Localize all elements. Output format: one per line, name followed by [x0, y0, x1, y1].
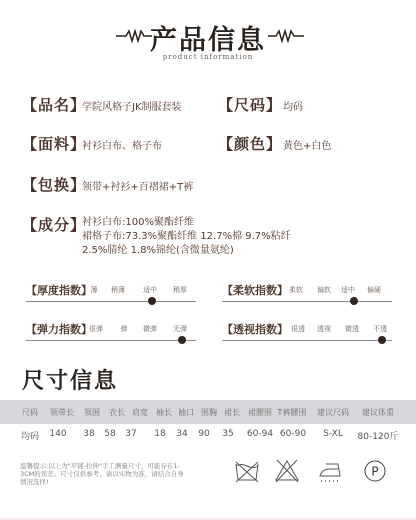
size-info-title: 尺寸信息 [22, 364, 118, 395]
header-cell: 裙长 [224, 407, 240, 418]
meter-track [26, 301, 196, 302]
meter-option: 适中 [341, 285, 355, 295]
meter-option: 偏硬 [367, 285, 381, 295]
color-value: 黄色+白色 [283, 137, 331, 152]
row-cell: 均码 [21, 429, 39, 442]
row-cell: 35 [222, 429, 233, 439]
header-cell: 围胸 [201, 407, 217, 418]
softness-meter: 【柔软指数】 柔软 偏软 适中 偏硬 [222, 282, 412, 312]
header-cell: 裙腰围 [248, 407, 272, 418]
meter-knob [378, 336, 386, 344]
meter-knob [350, 297, 358, 305]
meter-option: 很弹 [89, 324, 103, 334]
header-cell: 建议尺码 [317, 407, 349, 418]
thickness-label: 【厚度指数】 [26, 282, 92, 298]
header-cell: 袖口 [178, 407, 194, 418]
meter-option: 柔软 [289, 285, 303, 295]
row-cell: 38 [83, 429, 94, 439]
meter-option: 透视 [317, 324, 331, 334]
transparency-label: 【透视指数】 [222, 321, 288, 337]
package-value: 领带+衬衫+百褶裙+T裤 [82, 178, 193, 193]
do-not-bleach-icon [274, 458, 300, 484]
do-not-wash-icon [234, 458, 260, 484]
softness-label: 【柔软指数】 [222, 282, 288, 298]
row-cell: 60-94 [247, 429, 273, 439]
meter-option: 微弹 [143, 324, 157, 334]
elasticity-meter: 【弹力指数】 很弹 弹 微弹 无弹 [26, 321, 216, 351]
size-label: 【尺码】 [218, 94, 282, 115]
meter-option: 微透 [345, 324, 359, 334]
meter-option: 不透 [373, 324, 387, 334]
package-label: 【包换】 [22, 174, 86, 195]
row-cell: 80-120斤 [358, 429, 399, 442]
size-value: 均码 [283, 98, 303, 113]
meter-track [222, 301, 392, 302]
composition-value: 衬衫白布:100%聚酯纤维 裙格子布:73.3%聚酯纤维 12.7%棉 9.7%… [82, 216, 291, 258]
meter-option: 适中 [143, 285, 157, 295]
meter-option: 稍薄 [111, 285, 125, 295]
meter-option: 偏软 [317, 285, 331, 295]
header-cell: 领围 [84, 407, 100, 418]
product-info-header: 产品信息 product information [0, 18, 416, 68]
meter-track [222, 340, 392, 341]
row-cell: 90 [198, 429, 209, 439]
measurement-note: 温馨提示:以上为"平铺-拉伸"手工测量尺寸，可能存在1-3CM的误差。尺寸仅供参… [20, 462, 190, 486]
composition-line: 2.5%腈纶 1.8%锦纶(含微量氨纶) [82, 244, 291, 258]
row-cell: S-XL [323, 429, 343, 439]
svg-text:P: P [371, 465, 378, 479]
row-cell: 60-90 [280, 429, 306, 439]
transparency-meter: 【透视指数】 很透 透视 微透 不透 [222, 321, 412, 351]
page-subtitle: product information [0, 53, 416, 61]
row-cell: 140 [49, 429, 66, 439]
fabric-label: 【面料】 [22, 133, 86, 154]
meter-option: 薄 [91, 285, 98, 295]
name-label: 【品名】 [22, 94, 86, 115]
size-table-header: 尺码 领带长 领围 衣长 肩宽 袖长 袖口 围胸 裙长 裙腰围 T裤腰围 建议尺… [0, 400, 416, 424]
meter-track [26, 340, 196, 341]
header-cell: 肩宽 [132, 407, 148, 418]
iron-steam-icon [318, 458, 344, 484]
fabric-value: 衬衫白布、格子布 [82, 137, 162, 152]
header-cell: 尺码 [22, 407, 38, 418]
wave-decoration-icon [268, 28, 304, 44]
color-label: 【颜色】 [218, 133, 282, 154]
composition-line: 裙格子布:73.3%聚酯纤维 12.7%棉 9.7%粘纤 [82, 230, 291, 244]
row-cell: 34 [176, 429, 187, 439]
row-cell: 37 [125, 429, 136, 439]
page-title: 产品信息 [0, 18, 416, 57]
header-cell: 衣长 [109, 407, 125, 418]
meter-option: 无弹 [173, 324, 187, 334]
name-value: 学院风格子JK制服套装 [82, 98, 182, 113]
header-cell: 领带长 [50, 407, 74, 418]
header-cell: T裤腰围 [278, 407, 307, 418]
dry-clean-p-icon: P [362, 458, 388, 484]
row-cell: 18 [154, 429, 165, 439]
size-table-row: 均码 140 38 58 37 18 34 90 35 60-94 60-90 … [0, 426, 416, 444]
thickness-meter: 【厚度指数】 薄 稍薄 适中 稍厚 [26, 282, 216, 312]
row-cell: 58 [104, 429, 115, 439]
meter-knob [178, 336, 186, 344]
elasticity-label: 【弹力指数】 [26, 321, 92, 337]
meter-knob [148, 297, 156, 305]
meter-option: 弹 [121, 324, 128, 334]
meter-option: 稍厚 [173, 285, 187, 295]
header-cell: 袖长 [156, 407, 172, 418]
header-cell: 建议体重 [362, 407, 394, 418]
composition-line: 衬衫白布:100%聚酯纤维 [82, 216, 291, 230]
meter-option: 很透 [291, 324, 305, 334]
composition-label: 【成分】 [22, 214, 86, 235]
